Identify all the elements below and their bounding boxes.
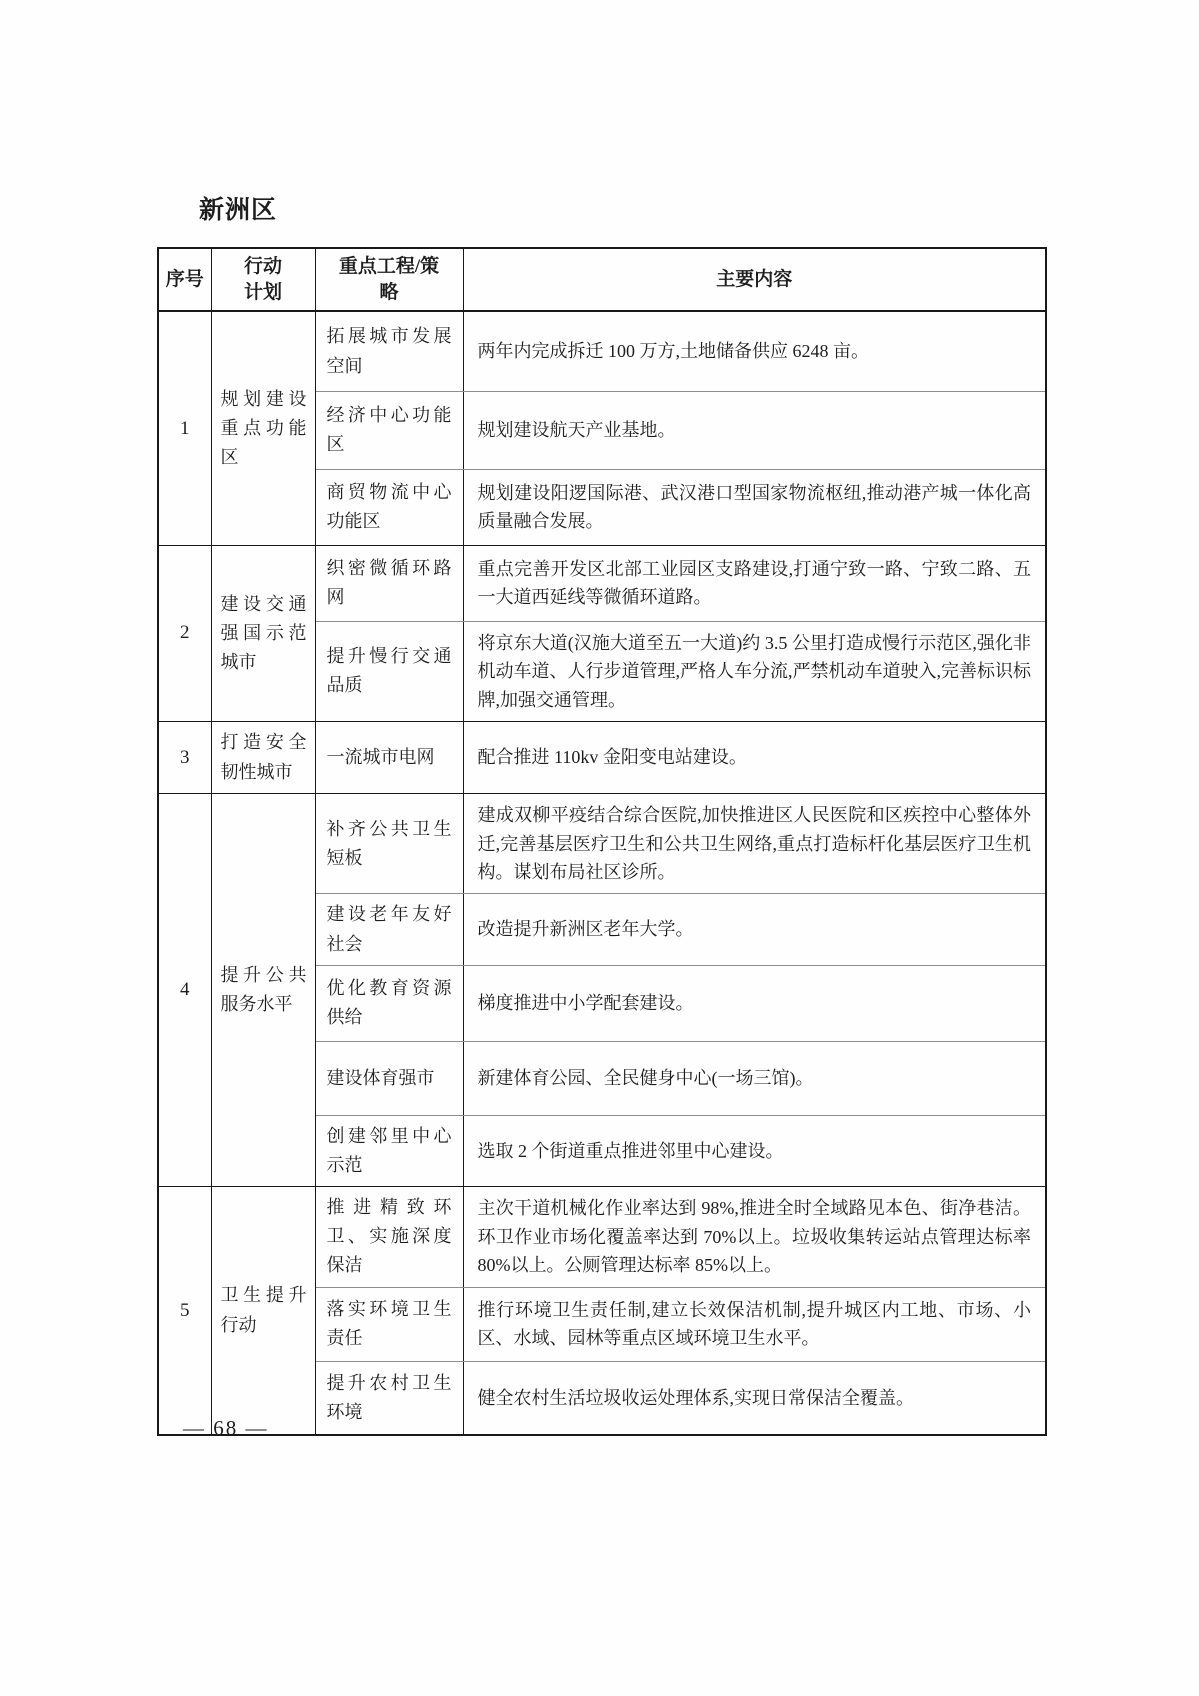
project-cell: 拓展城市发展空间 xyxy=(315,311,463,391)
content-cell: 重点完善开发区北部工业园区支路建设,打通宁致一路、宁致二路、五一大道西延线等微循… xyxy=(463,545,1046,621)
project-cell: 优化教育资源供给 xyxy=(315,965,463,1041)
row-index-cell: 2 xyxy=(158,545,211,721)
content-cell: 新建体育公园、全民健身中心(一场三馆)。 xyxy=(463,1041,1046,1115)
document-page: 新洲区 序号 行动计划 重点工程/策略 主要内容 1 规划建设重点功能区 拓展城… xyxy=(0,0,1199,1696)
content-cell: 改造提升新洲区老年大学。 xyxy=(463,894,1046,965)
project-cell: 推进精致环卫、实施深度保洁 xyxy=(315,1187,463,1287)
header-cell-plan: 行动计划 xyxy=(211,248,315,311)
page-number: — 68 — xyxy=(183,1416,269,1441)
table-row: 5 卫生提升行动 推进精致环卫、实施深度保洁 主次干道机械化作业率达到 98%,… xyxy=(158,1187,1046,1287)
project-cell: 一流城市电网 xyxy=(315,722,463,794)
project-cell: 建设老年友好社会 xyxy=(315,894,463,965)
project-cell: 经济中心功能区 xyxy=(315,391,463,469)
district-plan-table: 序号 行动计划 重点工程/策略 主要内容 1 规划建设重点功能区 拓展城市发展空… xyxy=(157,247,1047,1436)
content-cell: 梯度推进中小学配套建设。 xyxy=(463,965,1046,1041)
page-title: 新洲区 xyxy=(199,190,277,226)
header-row: 序号 行动计划 重点工程/策略 主要内容 xyxy=(158,248,1046,311)
action-plan-cell: 打造安全韧性城市 xyxy=(211,722,315,794)
content-cell: 两年内完成拆迁 100 万方,土地储备供应 6248 亩。 xyxy=(463,311,1046,391)
project-cell: 提升农村卫生环境 xyxy=(315,1361,463,1435)
project-cell: 建设体育强市 xyxy=(315,1041,463,1115)
project-cell: 落实环境卫生责任 xyxy=(315,1287,463,1361)
action-plan-cell: 建设交通强国示范城市 xyxy=(211,545,315,721)
content-cell: 建成双柳平疫结合综合医院,加快推进区人民医院和区疾控中心整体外迁,完善基层医疗卫… xyxy=(463,794,1046,894)
project-cell: 补齐公共卫生短板 xyxy=(315,794,463,894)
action-plan-cell: 规划建设重点功能区 xyxy=(211,311,315,545)
header-cell-project: 重点工程/策略 xyxy=(315,248,463,311)
content-cell: 配合推进 110kv 金阳变电站建设。 xyxy=(463,722,1046,794)
content-cell: 规划建设航天产业基地。 xyxy=(463,391,1046,469)
table-row: 1 规划建设重点功能区 拓展城市发展空间 两年内完成拆迁 100 万方,土地储备… xyxy=(158,311,1046,391)
row-index-cell: 4 xyxy=(158,794,211,1187)
content-cell: 主次干道机械化作业率达到 98%,推进全时全域路见本色、街净巷洁。环卫作业市场化… xyxy=(463,1187,1046,1287)
table-row: 4 提升公共服务水平 补齐公共卫生短板 建成双柳平疫结合综合医院,加快推进区人民… xyxy=(158,794,1046,894)
action-plan-cell: 卫生提升行动 xyxy=(211,1187,315,1435)
row-index-cell: 5 xyxy=(158,1187,211,1435)
table-row: 3 打造安全韧性城市 一流城市电网 配合推进 110kv 金阳变电站建设。 xyxy=(158,722,1046,794)
table-row: 2 建设交通强国示范城市 织密微循环路网 重点完善开发区北部工业园区支路建设,打… xyxy=(158,545,1046,621)
header-cell-index: 序号 xyxy=(158,248,211,311)
content-cell: 将京东大道(汉施大道至五一大道)约 3.5 公里打造成慢行示范区,强化非机动车道… xyxy=(463,621,1046,721)
row-index-cell: 1 xyxy=(158,311,211,545)
content-cell: 健全农村生活垃圾收运处理体系,实现日常保洁全覆盖。 xyxy=(463,1361,1046,1435)
table-header: 序号 行动计划 重点工程/策略 主要内容 xyxy=(158,248,1046,311)
content-cell: 选取 2 个街道重点推进邻里中心建设。 xyxy=(463,1115,1046,1186)
header-cell-content: 主要内容 xyxy=(463,248,1046,311)
project-cell: 提升慢行交通品质 xyxy=(315,621,463,721)
content-cell: 规划建设阳逻国际港、武汉港口型国家物流枢纽,推动港产城一体化高质量融合发展。 xyxy=(463,469,1046,545)
content-cell: 推行环境卫生责任制,建立长效保洁机制,提升城区内工地、市场、小区、水域、园林等重… xyxy=(463,1287,1046,1361)
project-cell: 织密微循环路网 xyxy=(315,545,463,621)
project-cell: 商贸物流中心功能区 xyxy=(315,469,463,545)
row-index-cell: 3 xyxy=(158,722,211,794)
project-cell: 创建邻里中心示范 xyxy=(315,1115,463,1186)
action-plan-cell: 提升公共服务水平 xyxy=(211,794,315,1187)
